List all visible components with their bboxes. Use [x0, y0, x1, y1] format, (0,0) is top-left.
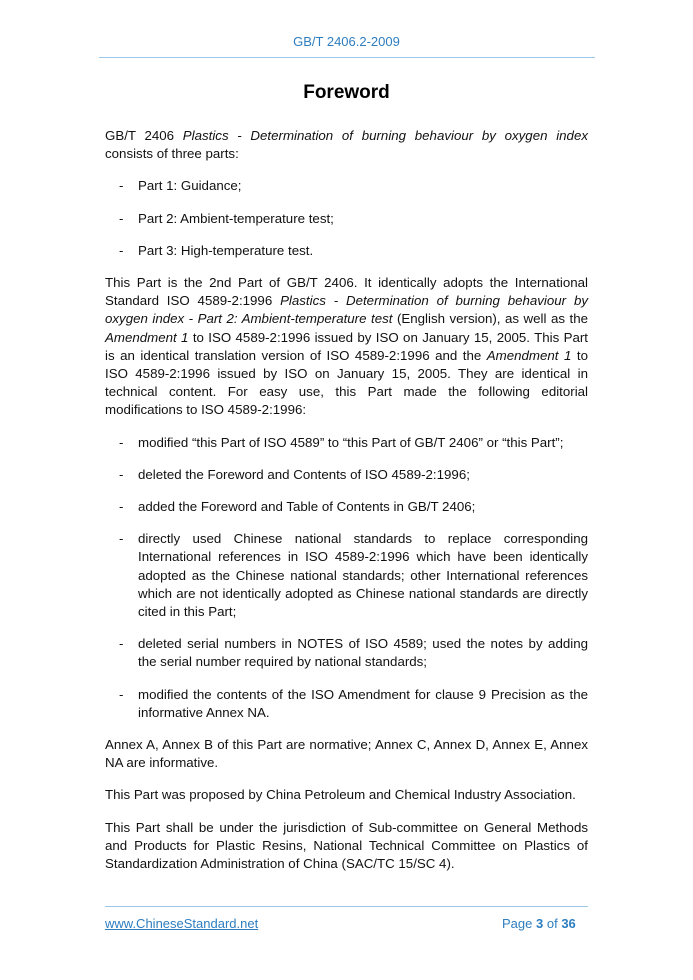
intro-paragraph: GB/T 2406 Plastics - Determination of bu…: [105, 127, 588, 163]
adoption-paragraph: This Part is the 2nd Part of GB/T 2406. …: [105, 274, 588, 420]
list-item: -directly used Chinese national standard…: [105, 530, 588, 621]
proposed-by-paragraph: This Part was proposed by China Petroleu…: [105, 786, 588, 804]
modifications-list: -modified “this Part of ISO 4589” to “th…: [105, 434, 588, 722]
header-divider: [99, 57, 595, 58]
dash-bullet: -: [119, 434, 123, 452]
dash-bullet: -: [119, 177, 123, 195]
dash-bullet: -: [119, 210, 123, 228]
dash-bullet: -: [119, 242, 123, 260]
page-title: Foreword: [0, 82, 693, 104]
annex-paragraph: Annex A, Annex B of this Part are normat…: [105, 736, 588, 772]
current-page: 3: [536, 916, 543, 931]
list-item: -Part 3: High-temperature test.: [105, 242, 588, 260]
dash-bullet: -: [119, 686, 123, 704]
list-item: -Part 2: Ambient-temperature test;: [105, 210, 588, 228]
website-link[interactable]: www.ChineseStandard.net: [105, 916, 258, 931]
total-pages: 36: [561, 916, 575, 931]
parts-list: -Part 1: Guidance; -Part 2: Ambient-temp…: [105, 177, 588, 260]
list-item: -deleted serial numbers in NOTES of ISO …: [105, 635, 588, 671]
jurisdiction-paragraph: This Part shall be under the jurisdictio…: [105, 819, 588, 874]
dash-bullet: -: [119, 530, 123, 548]
document-body: GB/T 2406 Plastics - Determination of bu…: [105, 127, 588, 887]
list-item: -added the Foreword and Table of Content…: [105, 498, 588, 516]
list-item: -modified the contents of the ISO Amendm…: [105, 686, 588, 722]
dash-bullet: -: [119, 498, 123, 516]
page-number: Page 3 of 36: [502, 916, 576, 931]
dash-bullet: -: [119, 466, 123, 484]
footer-divider: [105, 906, 588, 907]
list-item: -Part 1: Guidance;: [105, 177, 588, 195]
dash-bullet: -: [119, 635, 123, 653]
list-item: -deleted the Foreword and Contents of IS…: [105, 466, 588, 484]
list-item: -modified “this Part of ISO 4589” to “th…: [105, 434, 588, 452]
running-header: GB/T 2406.2-2009: [0, 34, 693, 49]
